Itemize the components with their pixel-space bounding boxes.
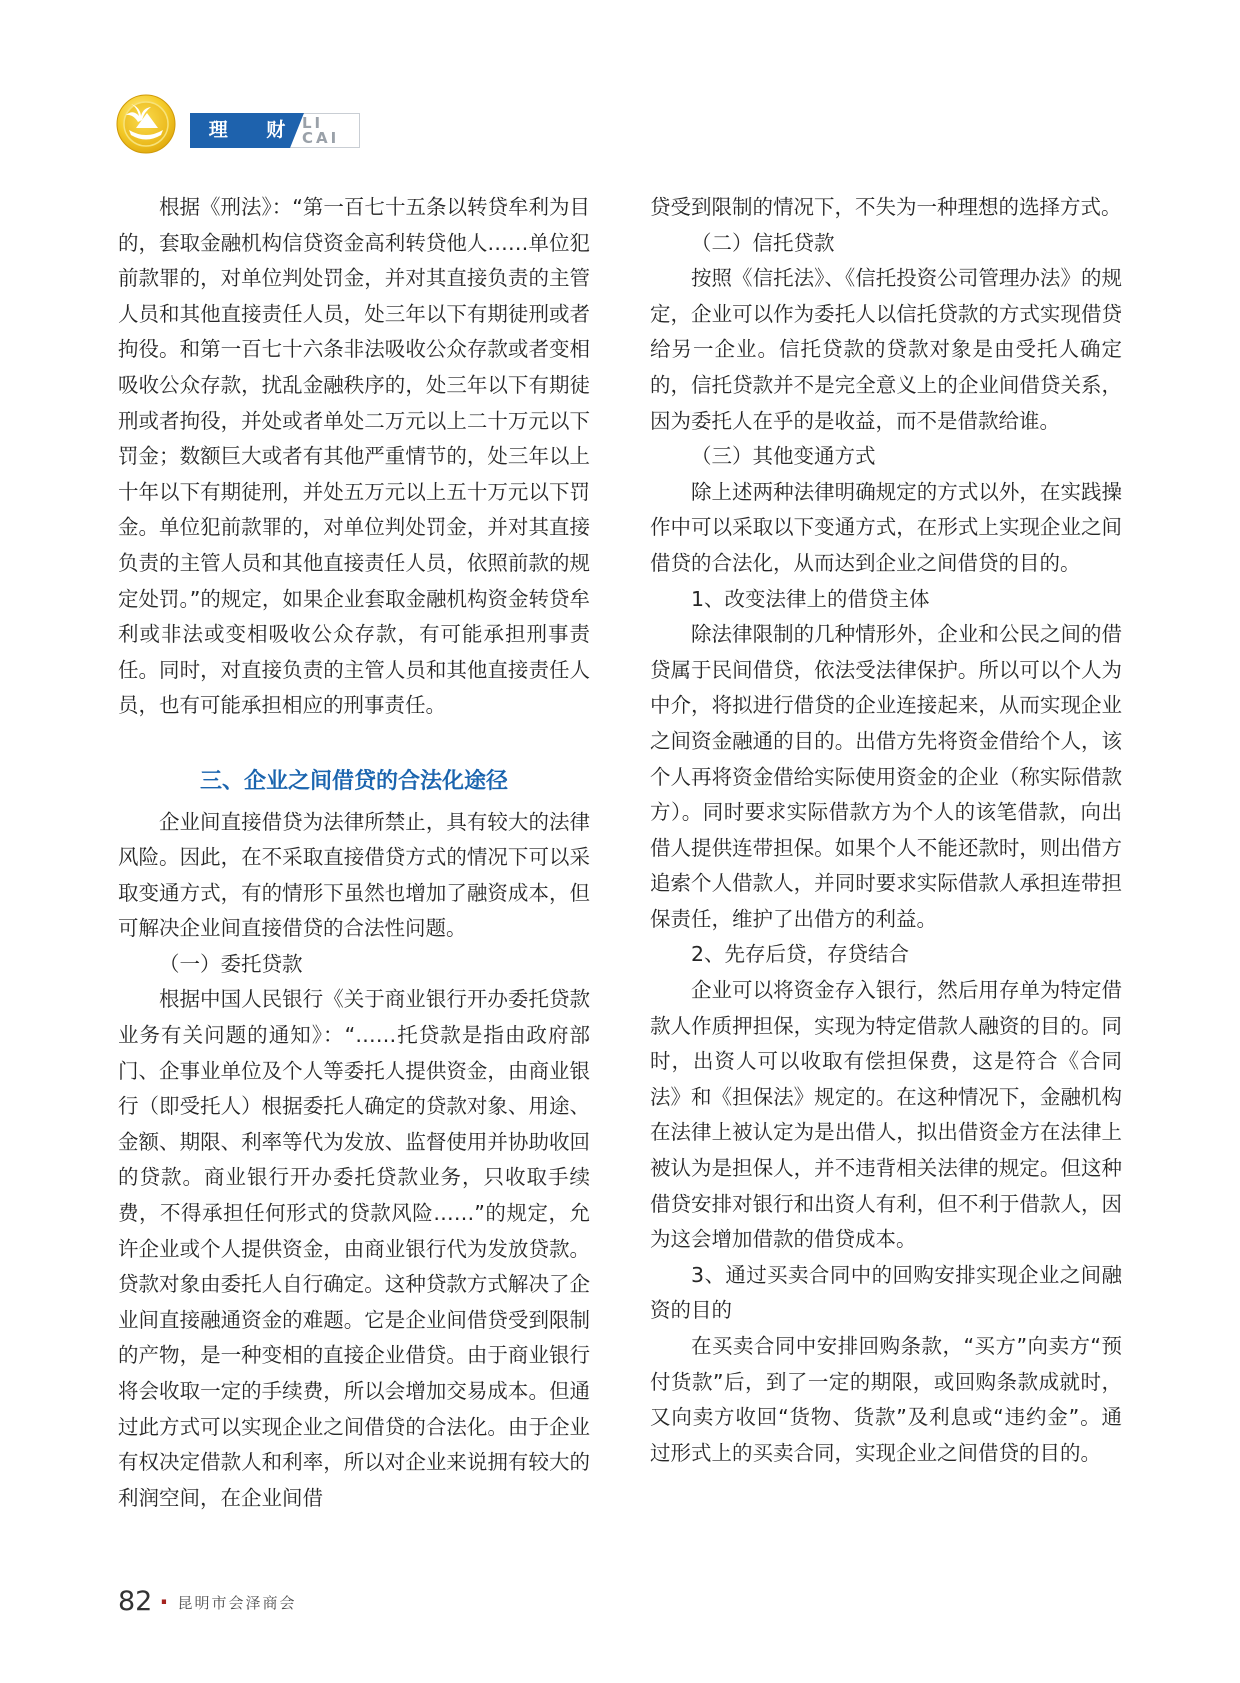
paragraph: （三）其他变通方式 bbox=[650, 439, 1122, 475]
section-badge: 理 财 LI CAI bbox=[190, 113, 360, 148]
paragraph: （二）信托贷款 bbox=[650, 226, 1122, 262]
logo-coin-icon bbox=[116, 94, 176, 154]
paragraph: 除法律限制的几种情形外，企业和公民之间的借贷属于民间借贷，依法受法律保护。所以可… bbox=[650, 617, 1122, 937]
paragraph: 根据《刑法》：“第一百七十五条以转贷牟利为目的，套取金融机构信贷资金高利转贷他人… bbox=[118, 190, 590, 724]
paragraph: 1、改变法律上的借贷主体 bbox=[650, 582, 1122, 618]
right-column: 贷受到限制的情况下，不失为一种理想的选择方式。（二）信托贷款按照《信托法》、《信… bbox=[650, 190, 1122, 1516]
publication-name: 昆明市会泽商会 bbox=[177, 1592, 296, 1611]
paragraph: 根据中国人民银行《关于商业银行开办委托贷款业务有关问题的通知》：“……托贷款是指… bbox=[118, 982, 590, 1516]
section-heading: 三、企业之间借贷的合法化途径 bbox=[118, 764, 590, 800]
badge-en-label: LI CAI bbox=[302, 113, 360, 148]
page-number: 82 bbox=[118, 1588, 152, 1615]
paragraph: 2、先存后贷，存贷结合 bbox=[650, 937, 1122, 973]
paragraph: 贷受到限制的情况下，不失为一种理想的选择方式。 bbox=[650, 190, 1122, 226]
page-root: { "header": { "logo": "gold-coin-emblem"… bbox=[0, 0, 1240, 1683]
paragraph: 企业间直接借贷为法律所禁止，具有较大的法律风险。因此，在不采取直接借贷方式的情况… bbox=[118, 805, 590, 947]
badge-cn-label: 理 财 bbox=[193, 121, 302, 140]
paragraph: 除上述两种法律明确规定的方式以外，在实践操作中可以采取以下变通方式，在形式上实现… bbox=[650, 475, 1122, 582]
paragraph: （一）委托贷款 bbox=[118, 947, 590, 983]
article: 根据《刑法》：“第一百七十五条以转贷牟利为目的，套取金融机构信贷资金高利转贷他人… bbox=[118, 190, 1122, 1516]
page-footer: 82 · 昆明市会泽商会 bbox=[118, 1588, 297, 1615]
left-column: 根据《刑法》：“第一百七十五条以转贷牟利为目的，套取金融机构信贷资金高利转贷他人… bbox=[118, 190, 590, 1516]
paragraph: 企业可以将资金存入银行，然后用存单为特定借款人作质押担保，实现为特定借款人融资的… bbox=[650, 973, 1122, 1258]
paragraph: 在买卖合同中安排回购条款，“买方”向卖方“预付货款”后，到了一定的期限，或回购条… bbox=[650, 1329, 1122, 1471]
paragraph: 按照《信托法》、《信托投资公司管理办法》的规定，企业可以作为委托人以信托贷款的方… bbox=[650, 261, 1122, 439]
footer-separator-dot: · bbox=[159, 1590, 168, 1614]
paragraph: 3、通过买卖合同中的回购安排实现企业之间融资的目的 bbox=[650, 1258, 1122, 1329]
badge-blue-panel: 理 财 bbox=[190, 113, 304, 148]
